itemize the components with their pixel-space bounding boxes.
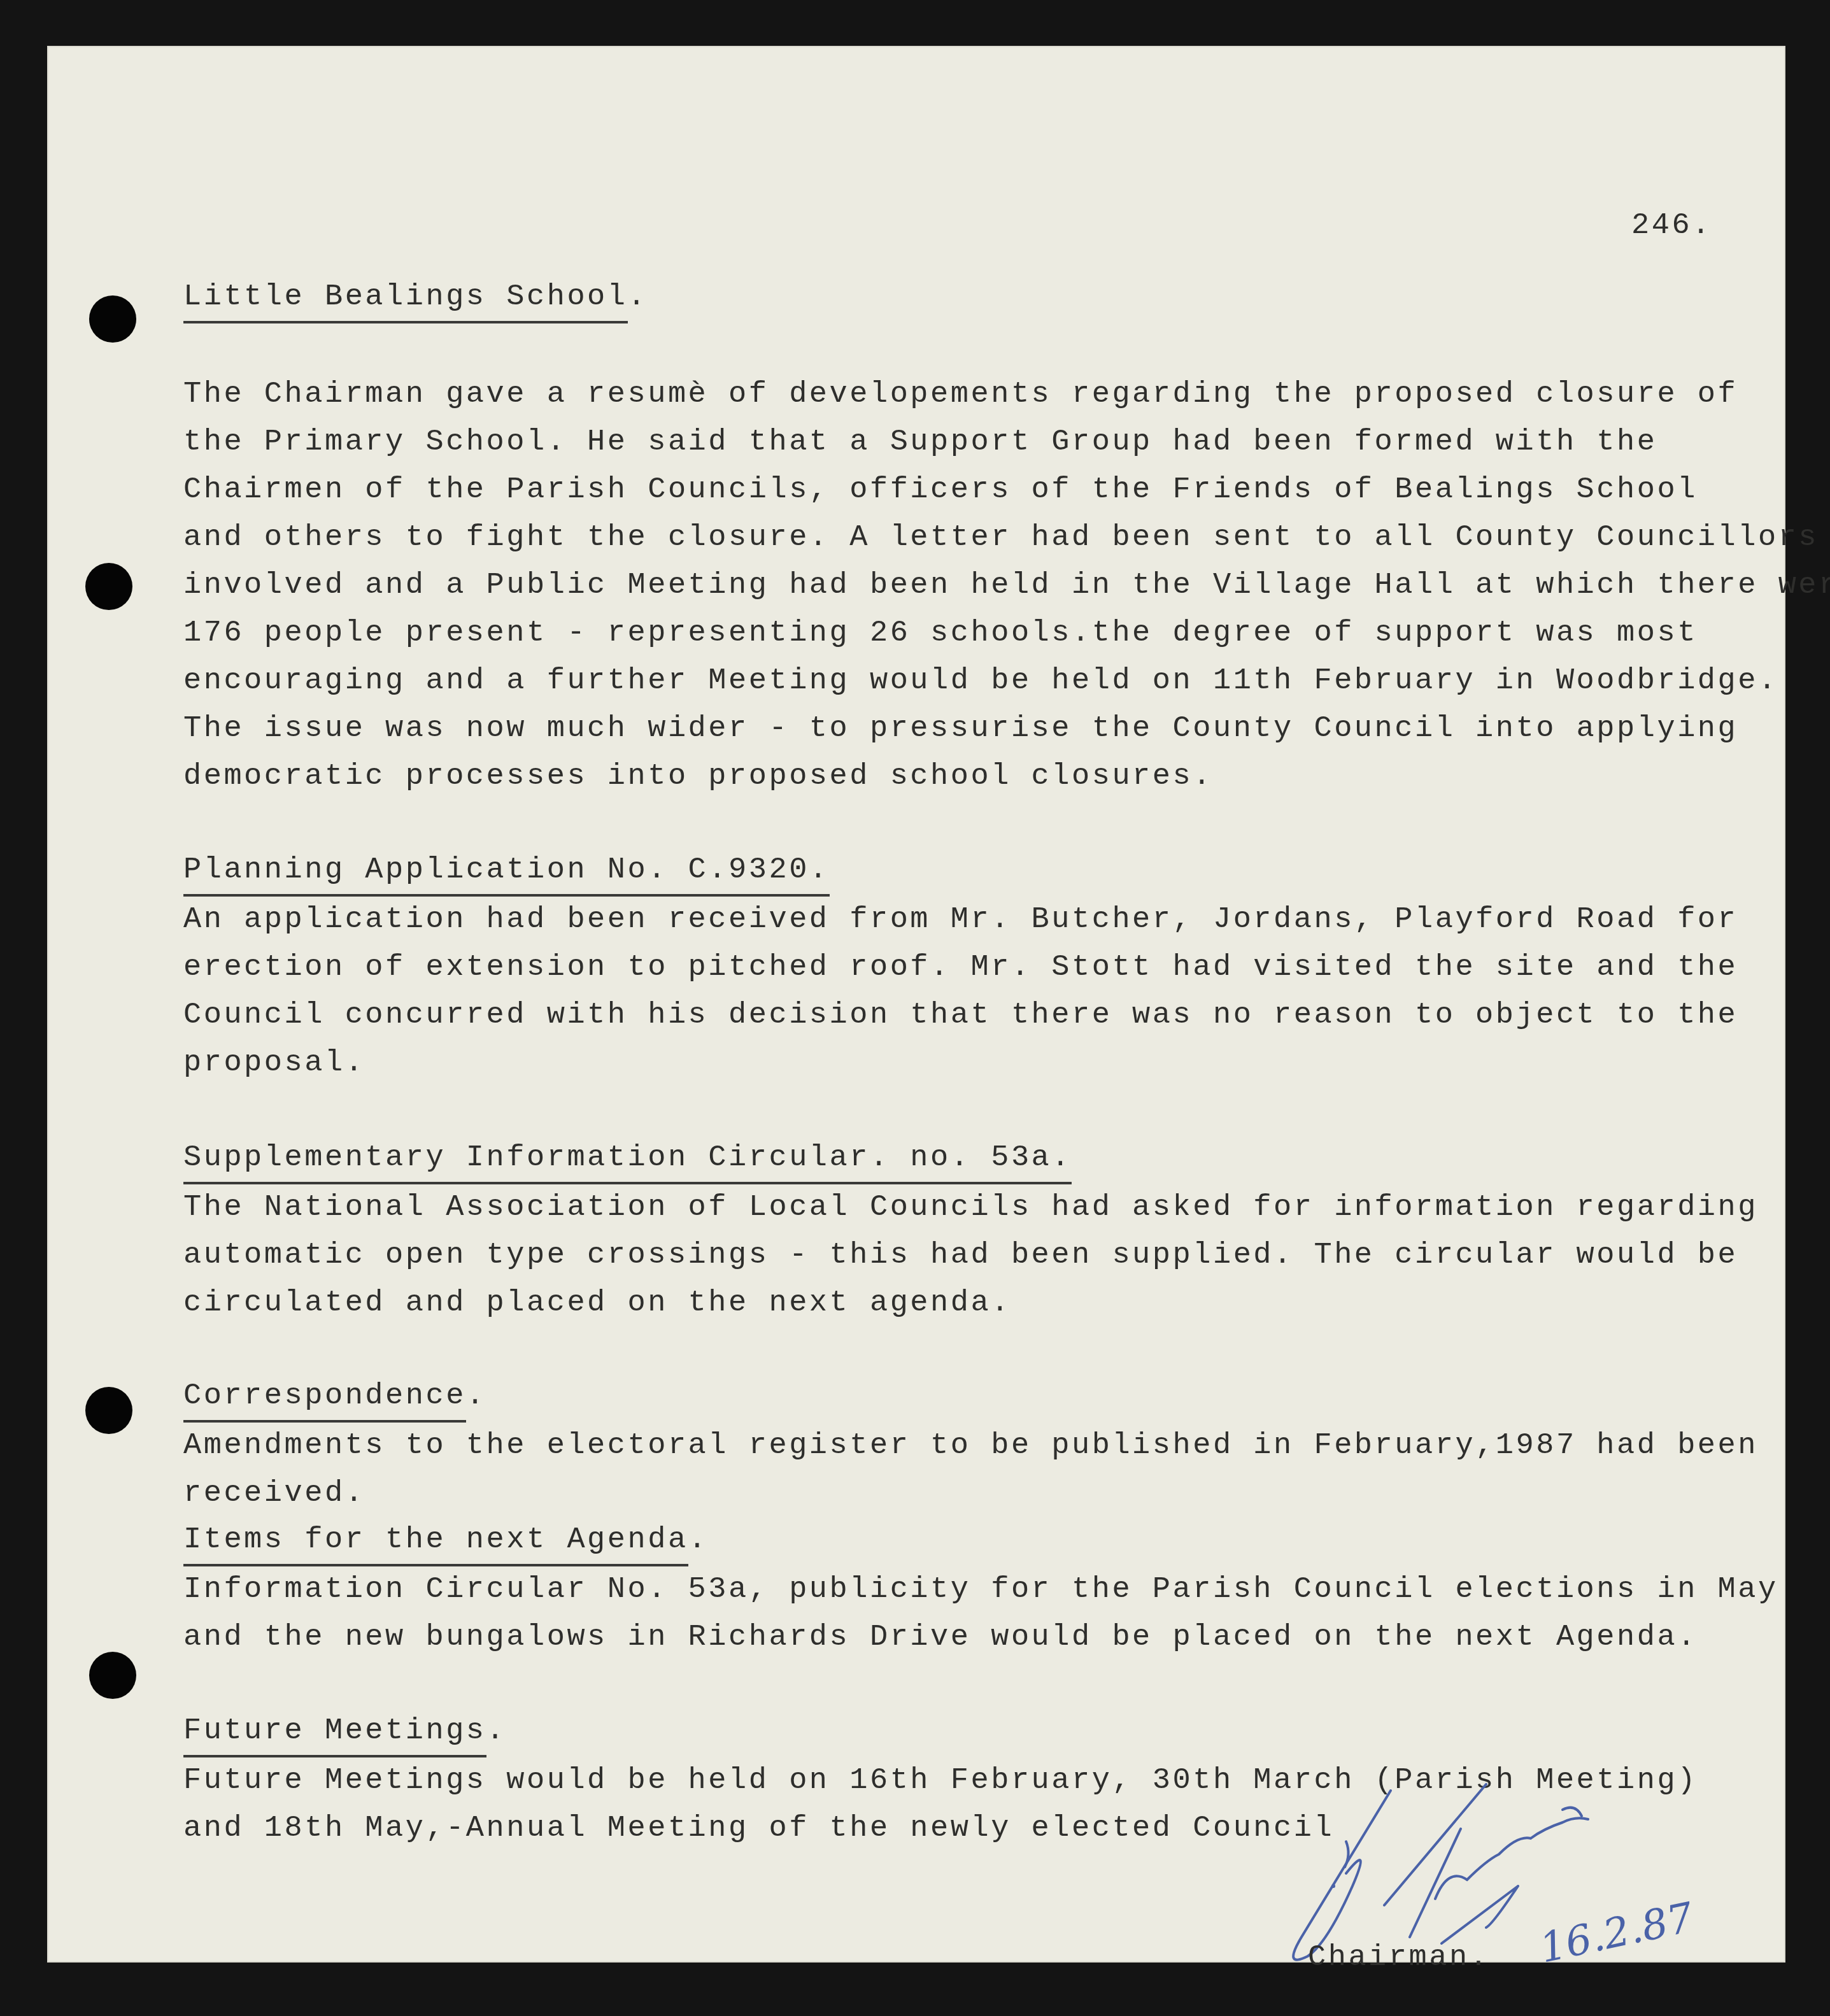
section-heading: Supplementary Information Circular. no. … <box>183 1136 1072 1184</box>
paragraph-line: Amendments to the electoral register to … <box>183 1422 1758 1470</box>
punch-hole <box>85 1387 132 1434</box>
paragraph-line <box>183 323 1830 371</box>
section-heading: Items for the next Agenda <box>183 1518 688 1566</box>
section-next-agenda: Items for the next Agenda. Information C… <box>183 1518 1778 1661</box>
paragraph-line: the Primary School. He said that a Suppo… <box>183 418 1830 466</box>
paragraph-line: Information Circular No. 53a, publicity … <box>183 1566 1778 1614</box>
paragraph-line: involved and a Public Meeting had been h… <box>183 562 1830 609</box>
punch-hole <box>89 295 136 343</box>
document-page: 246. Little Bealings School. The Chairma… <box>47 46 1785 1963</box>
paragraph-line: Chairmen of the Parish Councils, officer… <box>183 466 1830 514</box>
page-number: 246. <box>1631 209 1712 243</box>
paragraph-line: An application had been received from Mr… <box>183 896 1738 944</box>
paragraph-line: The issue was now much wider - to pressu… <box>183 705 1830 753</box>
punch-hole <box>89 1652 136 1699</box>
heading-suffix: . <box>688 1523 709 1557</box>
heading-suffix: . <box>466 1379 486 1413</box>
section-heading: Correspondence <box>183 1374 466 1423</box>
paragraph-line: The Chairman gave a resumè of developeme… <box>183 371 1830 418</box>
paragraph-line: automatic open type crossings - this had… <box>183 1232 1758 1279</box>
section-heading: Planning Application No. C.9320. <box>183 848 830 897</box>
paragraph-line: received. <box>183 1470 1758 1517</box>
section-correspondence: Correspondence. Amendments to the electo… <box>183 1374 1758 1517</box>
heading-suffix: . <box>628 280 648 314</box>
section-supplementary-circular: Supplementary Information Circular. no. … <box>183 1136 1758 1327</box>
section-planning-application: Planning Application No. C.9320. An appl… <box>183 848 1738 1087</box>
section-little-bealings-school: Little Bealings School. The Chairman gav… <box>183 275 1830 800</box>
paragraph-line: circulated and placed on the next agenda… <box>183 1279 1758 1327</box>
chairman-label: Chairman. <box>1308 1941 1489 1975</box>
paragraph-line: encouraging and a further Meeting would … <box>183 657 1830 705</box>
paragraph-line: The National Association of Local Counci… <box>183 1184 1758 1232</box>
paragraph-line: and the new bungalows in Richards Drive … <box>183 1614 1778 1661</box>
paragraph-line: erection of extension to pitched roof. M… <box>183 944 1738 991</box>
heading-suffix: . <box>486 1714 507 1748</box>
signature-date: 16.2.87 <box>1536 1894 1698 1972</box>
paragraph-line: and others to fight the closure. A lette… <box>183 514 1830 562</box>
paragraph-line: proposal. <box>183 1039 1738 1087</box>
section-heading: Future Meetings <box>183 1709 486 1757</box>
punch-hole <box>85 563 132 610</box>
section-heading: Little Bealings School <box>183 275 628 323</box>
paragraph-line: Council concurred with his decision that… <box>183 991 1738 1039</box>
paragraph-line: 176 people present - representing 26 sch… <box>183 609 1830 657</box>
paragraph-line: democratic processes into proposed schoo… <box>183 753 1830 800</box>
